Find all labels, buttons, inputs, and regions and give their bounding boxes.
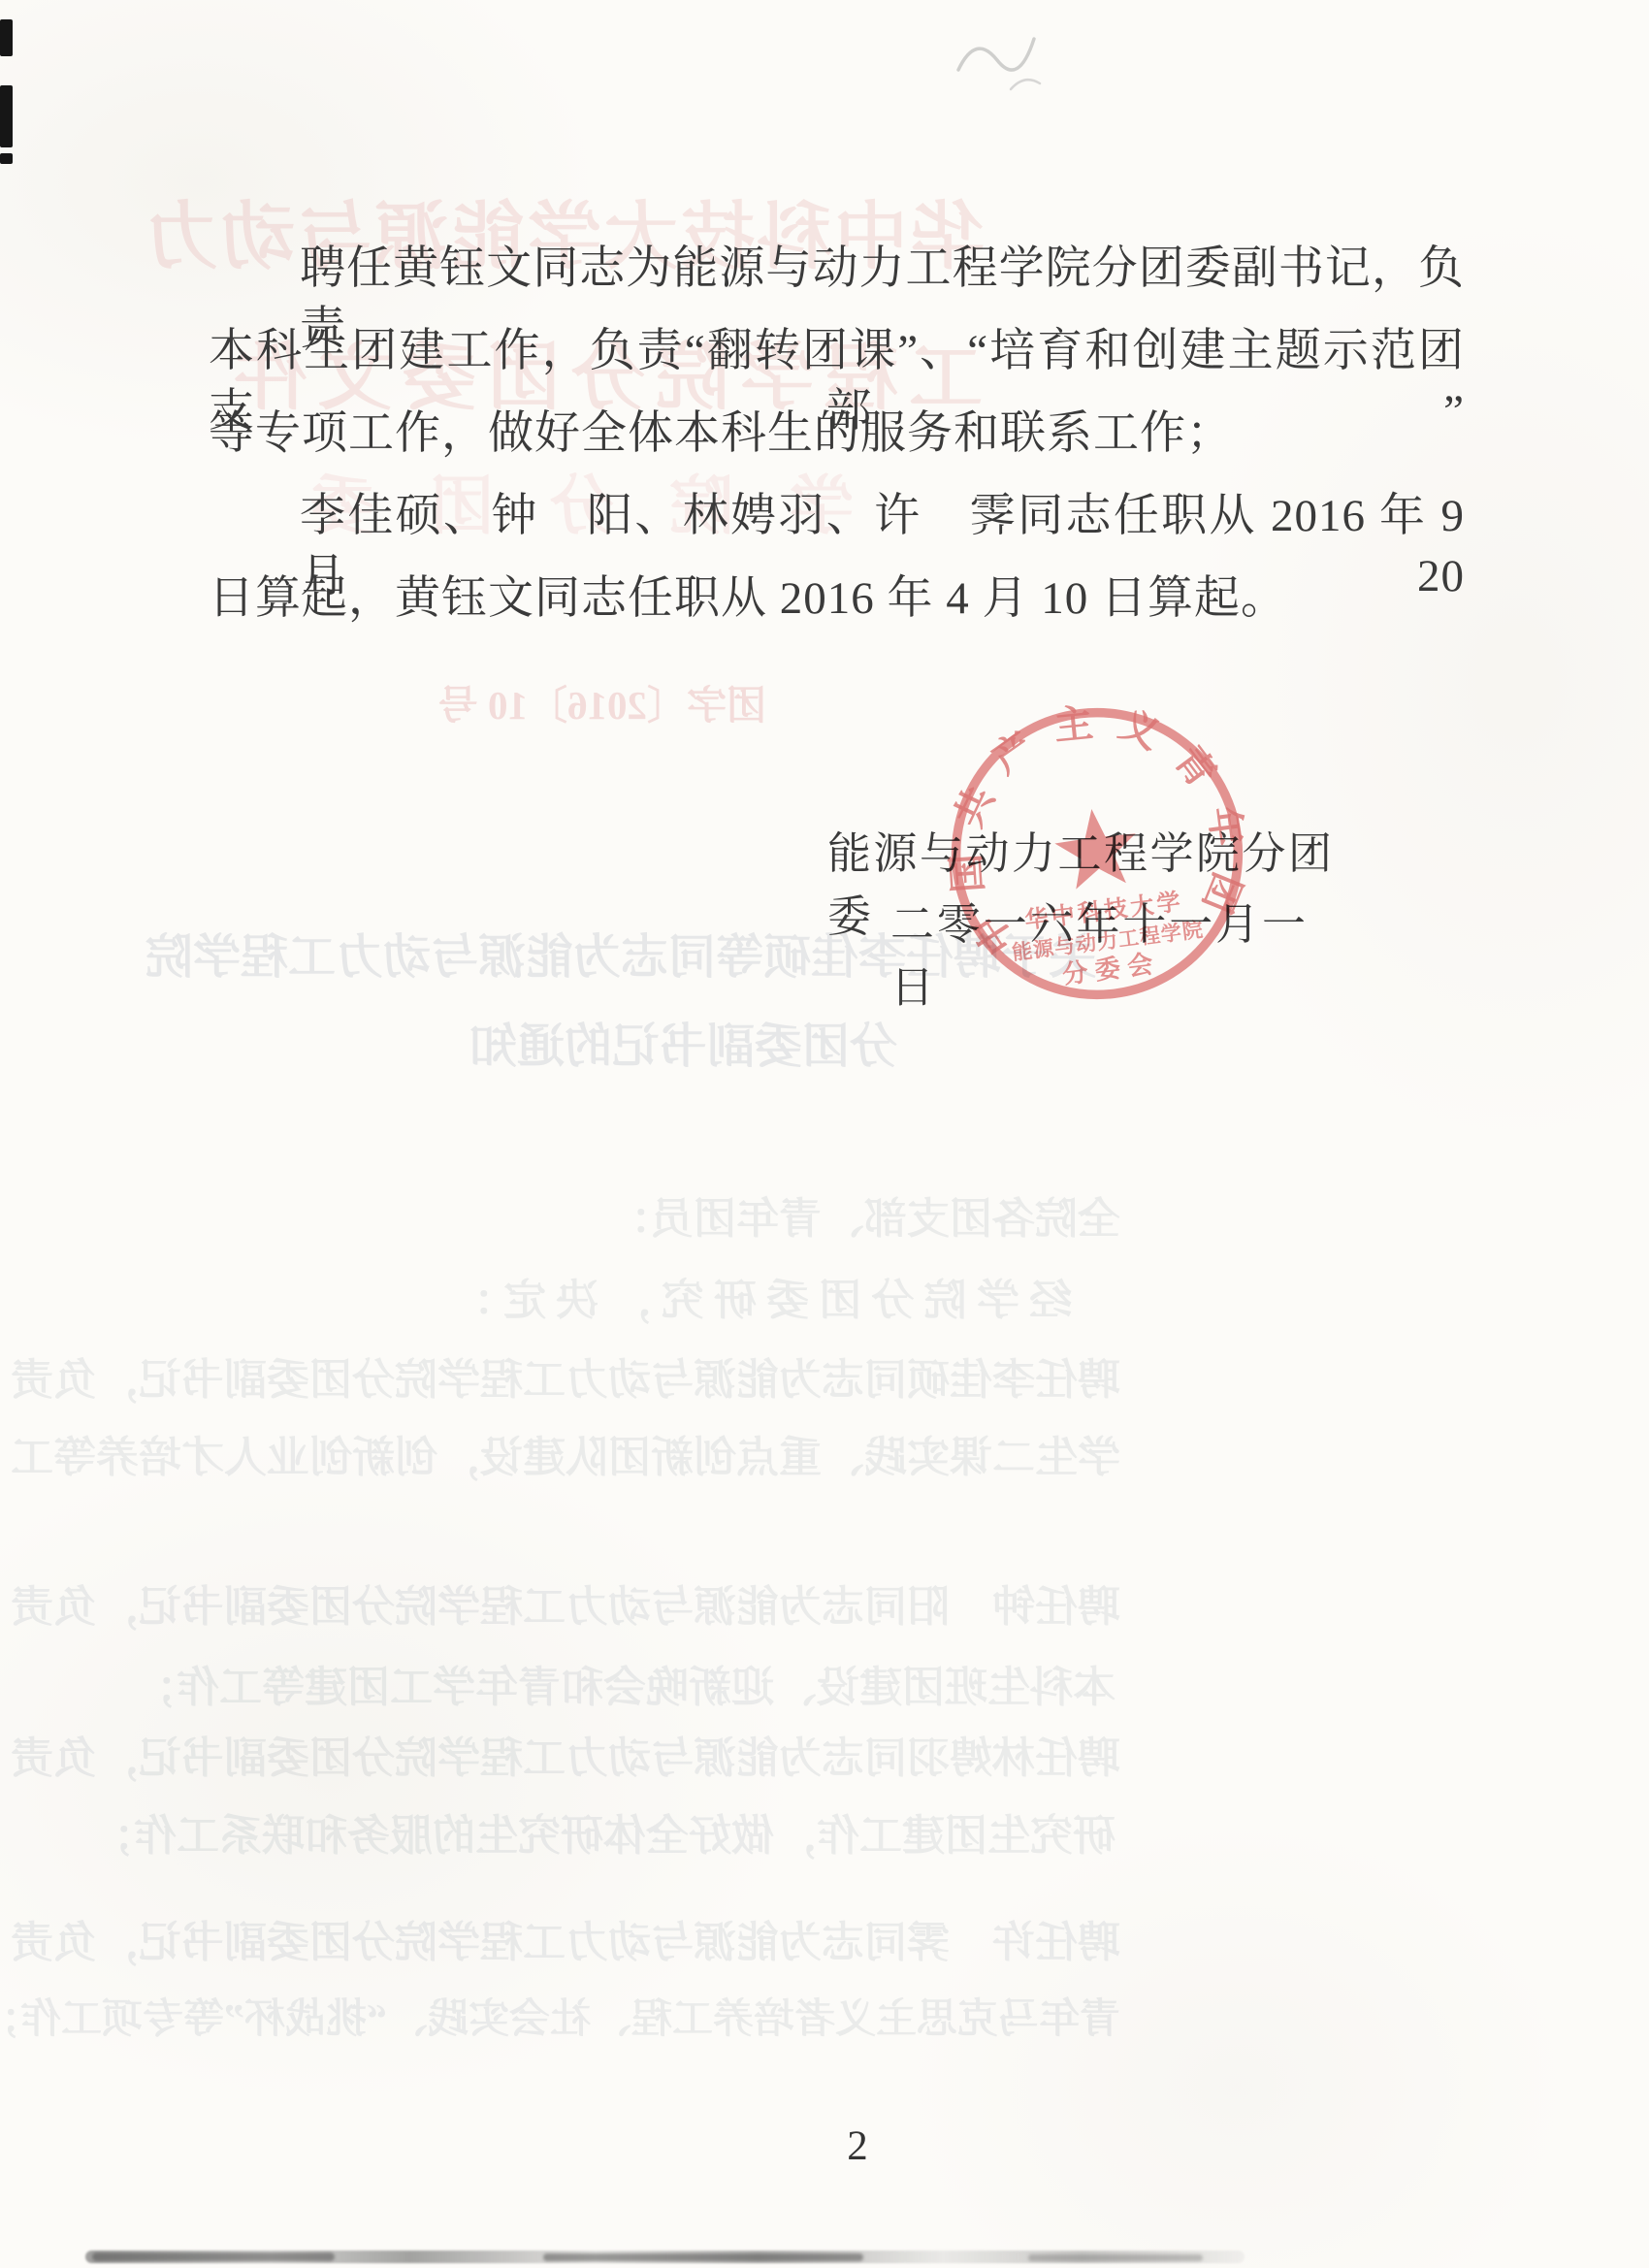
ghost-body-line: 经学院分团委研究，决定：	[451, 1265, 1072, 1327]
scan-edge-mark	[0, 153, 13, 164]
ghost-body-line: 聘任钟 阳同志为能源与动力工程学院分团委副书记，负责	[238, 1571, 1120, 1634]
ghost-body-line: 青年马克思主义者培养工程、社会实践、“挑战杯”等专项工作；	[291, 1987, 1120, 2045]
ghost-body-line: 全院各团支部、青年团员：	[723, 1183, 1120, 1246]
body-line-5: 日算起，黄钰文同志任职从 2016 年 4 月 10 日算起。	[209, 568, 1465, 629]
scan-bottom-blob	[1028, 2254, 1203, 2261]
ghost-title-line-2: 分团委副书记的通知	[504, 1009, 897, 1077]
ghost-body-line: 本科生班团建设、迎新晚会和青年学工团建等工作；	[432, 1652, 1115, 1714]
scan-edge-mark	[0, 85, 13, 147]
scan-smudge-icon	[953, 25, 1059, 103]
ghost-body-line: 学生二课实践、重点创新团队建设，创新创业人才培养等工	[262, 1422, 1120, 1484]
page-number: 2	[826, 2122, 889, 2170]
scan-bottom-blob	[543, 2253, 863, 2261]
seal-star-icon	[1051, 804, 1142, 891]
body-line-3: 等专项工作，做好全体本科生的服务和联系工作；	[209, 404, 1465, 464]
ghost-body-line: 聘任李佳硕同志为能源与动力工程学院分团委副书记，负责	[209, 1345, 1120, 1407]
official-seal-graphic: 中国共产主义青年团 华中科技大学 能源与动力工程学院 分委会	[926, 683, 1268, 1024]
scan-bottom-blob	[92, 2252, 335, 2261]
ghost-issue-number: 团字〔2016〕10 号	[441, 673, 766, 730]
scanned-document-page: 华中科技大学能源与动力 工程学院分团委文件 学院分团委 团字〔2016〕10 号…	[0, 0, 1649, 2268]
ghost-body-line: 聘任林娉羽同志为能源与动力工程学院分团委副书记，负责	[209, 1723, 1120, 1785]
ghost-body-line: 聘任许 霁同志为能源与动力工程学院分团委副书记，负责	[209, 1907, 1120, 1969]
scan-edge-mark	[0, 19, 13, 56]
official-seal: 中国共产主义青年团 华中科技大学 能源与动力工程学院 分委会	[926, 683, 1268, 1024]
ghost-body-line: 研究生团建工作，做好全体研究生的服务和联系工作；	[432, 1800, 1115, 1863]
